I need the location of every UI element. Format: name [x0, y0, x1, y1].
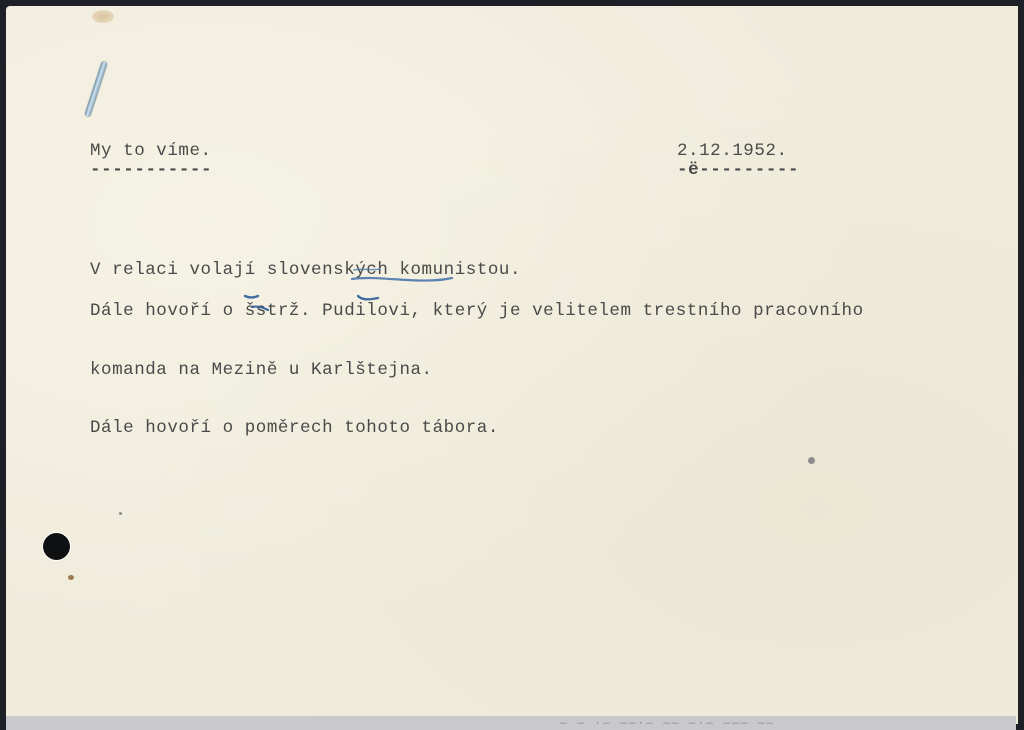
paragraph-2: Dále hovoří o šstrž. Pudilovi, který je … [90, 263, 864, 478]
paragraph-line: Dále hovoří o šstrž. Pudilovi, který je … [90, 302, 864, 322]
scanned-document: — — ·— ——·— —— —·— ——— —— My to víme. --… [0, 0, 1024, 730]
date-underline: -ë--------- [677, 160, 799, 180]
paragraph-line: komanda na Mezině u Karlštejna. [90, 361, 864, 381]
title-underline: ----------- [90, 160, 212, 180]
rust-speck [68, 575, 74, 580]
stain-mark [92, 10, 114, 23]
document-title: My to víme. [90, 141, 212, 161]
paragraph-line: Dále hovoří o poměrech tohoto tábora. [90, 419, 864, 439]
document-date: 2.12.1952. [677, 141, 788, 161]
underlying-sheet-text: — — ·— ——·— —— —·— ——— —— [560, 718, 775, 730]
ink-speck [119, 512, 122, 515]
punch-hole [43, 533, 70, 560]
underlying-sheet-edge [6, 716, 1016, 730]
